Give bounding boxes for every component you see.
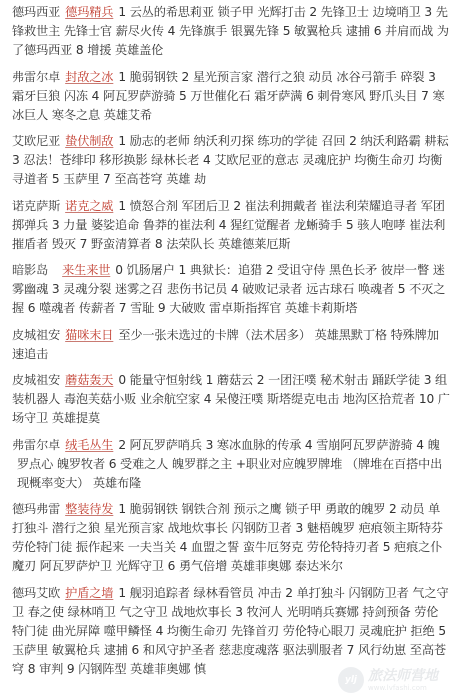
deck-name-link[interactable]: 德玛精兵: [65, 5, 113, 19]
deck-list-document: 德玛西亚德玛精兵1 云丛的希思莉亚 锁子甲 光辉打击 2 先锋卫士 边境哨卫 3…: [0, 0, 460, 679]
watermark-title: 旅法师营地: [368, 669, 438, 683]
deck-name-link[interactable]: 蘑菇轰天: [65, 373, 113, 387]
region-label: 弗雷尔卓: [12, 438, 60, 452]
deck-entry-freljord-poro: 弗雷尔卓绒毛丛生2 阿瓦罗萨哨兵 3 寒冰血脉的传承 4 雪崩阿瓦罗萨游骑 4 …: [12, 436, 450, 493]
deck-name-link[interactable]: 蛰伏制敌: [65, 134, 113, 148]
region-label: 德玛艾欧: [12, 586, 60, 600]
watermark-url: www.lvfashi.com: [368, 685, 438, 692]
region-label: 诺克萨斯: [12, 199, 60, 213]
region-label: 德玛弗雷: [12, 502, 60, 516]
deck-name-link[interactable]: 绒毛丛生: [65, 438, 113, 452]
site-watermark: ylj 旅法师营地 www.lvfashi.com: [338, 665, 458, 695]
region-label: 德玛西亚: [12, 5, 60, 19]
deck-name-link[interactable]: 封敌之冰: [65, 70, 113, 84]
deck-entry-noxus-might: 诺克萨斯诺克之威1 愤怒合剂 军团后卫 2 崔法利拥戴者 崔法利荣耀追寻者 军团…: [12, 197, 450, 254]
deck-name-link[interactable]: 护盾之墙: [65, 586, 113, 600]
site-logo-icon: ylj: [338, 667, 364, 693]
region-label: 暗影岛: [12, 263, 48, 277]
deck-entry-shadow-isles-afterlife: 暗影岛来生来世0 饥肠屠户 1 典狱长：追猎 2 受诅守侍 黑色长矛 彼岸一瞥 …: [12, 261, 450, 318]
region-label: 艾欧尼亚: [12, 134, 60, 148]
watermark-text: 旅法师营地 www.lvfashi.com: [368, 669, 438, 692]
deck-name-link[interactable]: 整装待发: [65, 502, 113, 516]
region-label: 皮城祖安: [12, 328, 60, 342]
deck-name-link[interactable]: 来生来世: [62, 263, 110, 277]
deck-entry-piltover-zaun-mushroom: 皮城祖安蘑菇轰天0 能量守恒射线 1 蘑菇云 2 一团汪噗 秘术射击 踊跃学徒 …: [12, 371, 450, 428]
deck-entry-freljord-ice: 弗雷尔卓封敌之冰1 脆弱钢铁 2 星光预言家 潜行之狼 动员 冰谷弓箭手 碎裂 …: [12, 68, 450, 125]
deck-entry-ionia-ambush: 艾欧尼亚蛰伏制敌1 励志的老师 纳沃利刃探 练功的学徒 召回 2 纳沃利路霸 耕…: [12, 132, 450, 189]
region-label: 弗雷尔卓: [12, 70, 60, 84]
deck-name-link[interactable]: 诺克之威: [65, 199, 113, 213]
deck-entry-demacia-freljord-ready: 德玛弗雷整装待发1 脆弱钢铁 钢铁合剂 预示之鹰 锁子甲 勇敢的魄罗 2 动员 …: [12, 500, 450, 576]
deck-name-link[interactable]: 猫咪末日: [65, 328, 113, 342]
deck-entry-demacia-elite: 德玛西亚德玛精兵1 云丛的希思莉亚 锁子甲 光辉打击 2 先锋卫士 边境哨卫 3…: [12, 3, 450, 60]
deck-entry-piltover-zaun-cat: 皮城祖安猫咪末日至少一张未选过的卡牌（法术居多） 英雄黑默丁格 特殊牌加速追击: [12, 326, 450, 364]
region-label: 皮城祖安: [12, 373, 60, 387]
